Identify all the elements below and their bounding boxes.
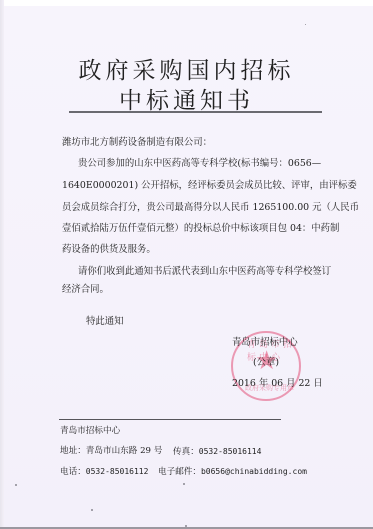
address-label: 地址： xyxy=(60,446,86,456)
footer-email: 电子邮件：b0656@chinabidding.com xyxy=(158,466,307,478)
phone-value: 0532-85016112 xyxy=(86,467,149,476)
signature-date: 2016 年 06 月 22 日 xyxy=(232,378,323,390)
email-value: b0656@chinabidding.com xyxy=(201,467,307,476)
scan-speck xyxy=(15,484,17,486)
paragraph1-line3: 员会成员综合打分，贵公司最高得分以人民币 1265100.00 元（人民币 xyxy=(62,202,359,214)
address-value: 青岛市山东路 29 号 xyxy=(86,446,163,456)
footer-divider xyxy=(59,419,281,420)
document-title-line1: 政府采购国内招标 xyxy=(0,52,373,85)
paragraph1-line2: 1640E0000201) 公开招标，经评标委员会成员比较、评审，由评标委 xyxy=(62,180,357,192)
scan-speck xyxy=(183,483,185,485)
tender-award-notice-page: 政府采购国内招标 中标通知书 潍坊市北方制药设备制造有限公司： 贵公司参加的山东… xyxy=(0,0,373,529)
paragraph2-line1: 请你们收到此通知书后派代表到山东中医药高等专科学校签订 xyxy=(78,266,331,278)
paragraph1-line1: 贵公司参加的山东中医药高等专科学校(标书编号：0656— xyxy=(78,158,321,170)
paragraph1-line4: 壹佰贰拾陆万伍仟壹佰元整）的投标总价中标该项目包 04：中药制 xyxy=(62,223,339,235)
signature-issuer: 青岛市招标中心 xyxy=(232,337,298,349)
scan-speck xyxy=(305,24,306,25)
footer-organization: 青岛市招标中心 xyxy=(60,426,120,437)
title-divider xyxy=(69,111,322,113)
footer-fax: 传真：0532-85016114 xyxy=(173,446,261,458)
fax-value: 0532-85016114 xyxy=(199,447,262,456)
scan-speck xyxy=(91,509,93,511)
phone-label: 电话： xyxy=(60,467,86,477)
signature-seal-label: (公章) xyxy=(253,357,279,369)
paragraph2-line2: 经济合同。 xyxy=(62,284,109,296)
footer-phone: 电话：0532-85016112 xyxy=(60,466,148,478)
footer-address: 地址：青岛市山东路 29 号 xyxy=(60,446,162,457)
email-label: 电子邮件： xyxy=(158,467,201,477)
addressee: 潍坊市北方制药设备制造有限公司： xyxy=(62,137,212,149)
paragraph1-line5: 药设备的供货及服务。 xyxy=(62,244,156,256)
scan-top-margin xyxy=(0,0,373,6)
closing-remark: 特此通知 xyxy=(86,316,124,328)
fax-label: 传真： xyxy=(173,447,199,457)
